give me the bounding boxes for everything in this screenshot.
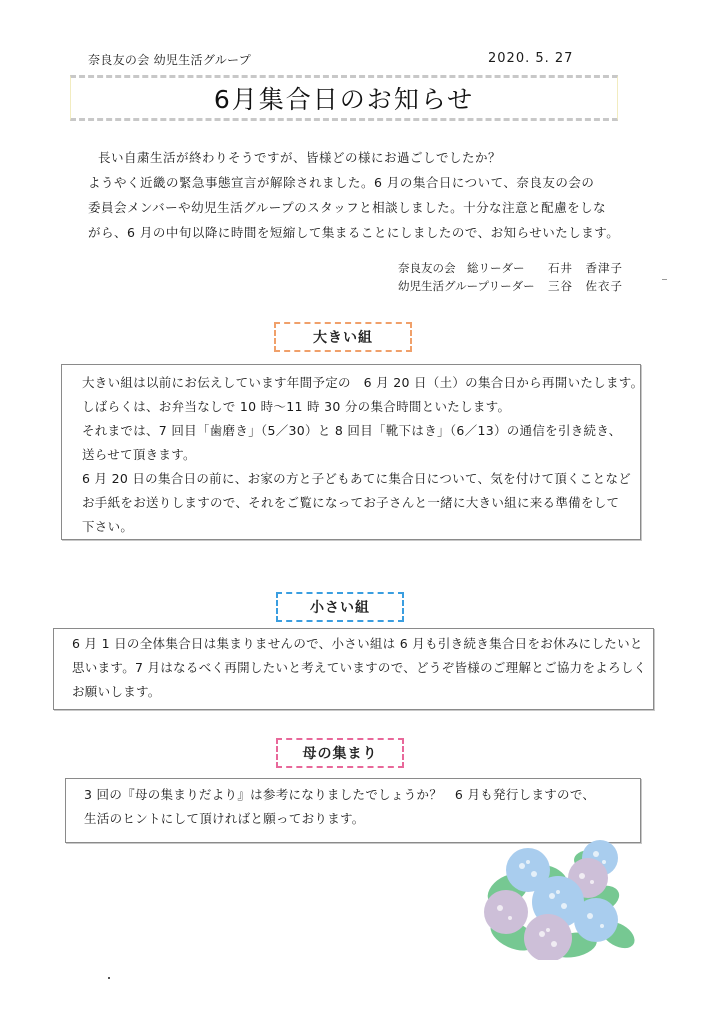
- section-line: 6 月 20 日の集合日の前に、お家の方と子どもあてに集合日について、気を付けて…: [82, 467, 640, 491]
- section-line: お願いします。: [72, 680, 653, 704]
- organization-name: 奈良友の会 幼児生活グループ: [88, 51, 251, 68]
- section-line: 生活のヒントにして頂ければと願っております。: [84, 807, 640, 831]
- section-line: お手紙をお送りしますので、それをご覧になってお子さんと一緒に大きい組に来る準備を…: [82, 491, 640, 515]
- section-line: それまでは、7 回目「歯磨き」（5／30）と 8 回目「靴下はき」（6／13）の…: [82, 419, 640, 443]
- scan-speck: [108, 977, 110, 979]
- intro-line: 長い自粛生活が終わりそうですが、皆様どの様にお過ごしでしたか？: [88, 145, 668, 170]
- section-box-big-group: 大きい組は以前にお伝えしています年間予定の 6 月 20 日（土）の集合日から再…: [61, 364, 641, 540]
- intro-line: ようやく近畿の緊急事態宣言が解除されました。6 月の集合日について、奈良友の会の: [88, 170, 668, 195]
- section-line: 思います。7 月はなるべく再開したいと考えていますので、どうぞ皆様のご理解とご協…: [72, 656, 653, 680]
- stray-mark: [662, 279, 667, 280]
- section-line: 大きい組は以前にお伝えしています年間予定の 6 月 20 日（土）の集合日から再…: [82, 371, 640, 395]
- section-box-small-group: 6 月 1 日の全体集合日は集まりませんので、小さい組は 6 月も引き続き集合日…: [53, 628, 654, 710]
- section-heading-mothers-gathering: 母の集まり: [276, 738, 404, 768]
- page-title: 6月集合日のお知らせ: [214, 80, 474, 116]
- section-line: しばらくは、お弁当なしで 10 時～11 時 30 分の集合時間といたします。: [82, 395, 640, 419]
- signature-role: 幼児生活グループリーダー: [398, 277, 548, 295]
- section-box-mothers-gathering: 3 回の『母の集まりだより』は参考になりましたでしょうか？ 6 月も発行しますの…: [65, 778, 641, 843]
- intro-line: がら、6 月の中旬以降に時間を短縮して集まることにしましたので、お知らせいたしま…: [88, 220, 668, 245]
- section-line: 6 月 1 日の全体集合日は集まりませんので、小さい組は 6 月も引き続き集合日…: [72, 632, 653, 656]
- signature-name: 三谷 佐衣子: [548, 277, 623, 295]
- section-heading-small-group: 小さい組: [276, 592, 404, 622]
- section-heading-big-group: 大きい組: [274, 322, 412, 352]
- section-line: 3 回の『母の集まりだより』は参考になりましたでしょうか？ 6 月も発行しますの…: [84, 783, 640, 807]
- intro-paragraph: 長い自粛生活が終わりそうですが、皆様どの様にお過ごしでしたか？ ようやく近畿の緊…: [88, 145, 668, 245]
- signature-role: 奈良友の会 総リーダー: [398, 259, 548, 277]
- hydrangea-illustration: [478, 840, 638, 960]
- signature-row: 奈良友の会 総リーダー 石井 香津子: [398, 259, 623, 277]
- section-line: 下さい。: [82, 515, 640, 539]
- hydrangea-icon: [478, 840, 638, 960]
- signature-name: 石井 香津子: [548, 259, 623, 277]
- title-banner: 6月集合日のお知らせ: [70, 75, 618, 121]
- signature-row: 幼児生活グループリーダー 三谷 佐衣子: [398, 277, 623, 295]
- signature-block: 奈良友の会 総リーダー 石井 香津子 幼児生活グループリーダー 三谷 佐衣子: [398, 259, 623, 295]
- document-date: 2020. 5. 27: [488, 51, 573, 66]
- intro-line: 委員会メンバーや幼児生活グループのスタッフと相談しました。十分な注意と配慮をしな: [88, 195, 668, 220]
- section-line: 送らせて頂きます。: [82, 443, 640, 467]
